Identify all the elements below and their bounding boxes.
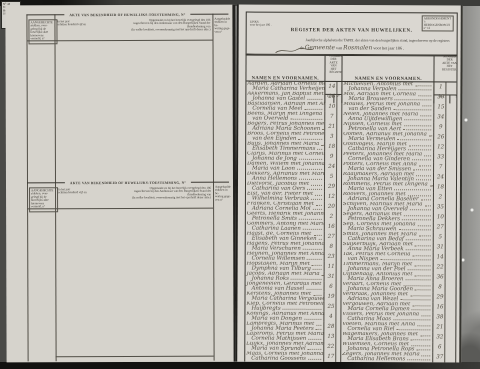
entry-name-cell: Konings, Adrianus met AnnaMaria van Dong…	[245, 312, 324, 322]
entry-line2: Catharina van Bedaf	[343, 237, 432, 242]
micro-line: ven n°	[215, 199, 231, 202]
entry-line2: Antonia van Hassel	[247, 286, 323, 291]
act-number: 15	[435, 104, 446, 110]
handwritten-place: Rosmalen	[343, 45, 372, 52]
entry-number-cell: 28	[324, 322, 341, 332]
act-number: 37	[434, 354, 445, 360]
entry-number-cell: 2	[325, 212, 342, 222]
section1-margin-note: Aangehaaldestukken in be-waring gege-ven…	[214, 18, 230, 50]
entry-line2: Johanna van Gastel	[247, 96, 323, 101]
entry-name-cell: Lambregts, Marinus metJohanna Maria Peet…	[245, 322, 324, 332]
entry-number-cell: 6	[433, 342, 455, 352]
entry-line2: van Overveld	[247, 116, 323, 121]
act-number: 26	[326, 94, 337, 100]
entry-name-cell: Schijven, Marinus met MariaJohanna van O…	[342, 202, 434, 212]
entry-line2: van der Sanden	[343, 107, 432, 112]
entry-name-cell: Geerts, Hendrik met JohannaPetronella Sm…	[246, 212, 325, 222]
entry-name-cell: Verbraak, Johannes metAdriana van Wezel	[341, 292, 433, 302]
entry-line2: Maria Anna Broeren	[343, 277, 432, 282]
scanned-register-spread: { "scan": { "background": "#8e8e8b", "pa…	[0, 0, 480, 369]
entry-number-cell: 21	[433, 322, 455, 332]
entry-number-cell: 2	[434, 192, 456, 202]
entry-line2: Johanna Maria Valentijn	[343, 177, 432, 182]
entry-number-cell: 3	[325, 132, 342, 142]
act-number: 16	[326, 224, 337, 230]
entry-number-cell: 14	[434, 252, 456, 262]
right-field-text: Opgemaakt en bij het huwelijk overgelegd…	[101, 187, 211, 200]
entry-name-cell: Willemsen, Cornelis metJohanna Petronell…	[341, 342, 433, 352]
entry-line2: Cornelia Mathijssen	[246, 336, 322, 341]
act-number: 18	[326, 144, 337, 150]
left-field-text: In het jaarachttien honderd vijf en	[58, 188, 98, 195]
act-number: 18	[435, 184, 446, 190]
entry-number-cell: 17	[324, 352, 341, 362]
section2-title-text: AKTE VAN BEKENDHEID OF HUWELIJKS-TOESTEM…	[65, 180, 191, 184]
act-number: 28	[325, 324, 336, 330]
act-number: 8	[326, 244, 337, 250]
entry-number-cell: 16	[325, 222, 342, 232]
entry-name-cell: Lazeroms, Petrus met MariaCornelia Mathi…	[245, 332, 324, 342]
entry-number-cell: 24	[434, 172, 456, 182]
act-number: 13	[325, 334, 336, 340]
act-number: 8	[435, 284, 446, 290]
entry-number-cell: 31	[325, 272, 342, 282]
act-number: 17	[325, 354, 336, 360]
entry-name-cell: Gommers, Antonij met MariaCatharina Laan…	[246, 222, 325, 232]
entry-number-cell: 12	[434, 142, 456, 152]
entry-line2: Petronella Dekkers	[343, 217, 432, 222]
act-number: 5	[435, 234, 446, 240]
entry-name-cell: Rommens, Petrus met DingenaMaria van Ett…	[342, 182, 434, 192]
entry-name-cell: Beens, Marijn met Dingenavan Overveld	[246, 112, 325, 122]
micro-line: (In welke kwaliteit, overeenkomstig met …	[101, 196, 211, 200]
entry-number-cell: 26	[434, 132, 456, 142]
micro-line: AKTE VAN HET	[329, 61, 337, 71]
act-number: 7	[326, 114, 337, 120]
entry-number-cell: 14	[325, 82, 342, 92]
act-number: 24	[326, 164, 337, 170]
act-number: 27	[435, 224, 446, 230]
entry-number-cell: 23	[325, 252, 342, 262]
act-number: 35	[435, 204, 446, 210]
entry-name-cell: Sep, Cornelis met JohannaMaria Schrauwen	[342, 222, 434, 232]
entry-line2: Maria van Loon	[247, 166, 323, 171]
margin-note-text: Aangehaaldestukken in be-waring gege-ven…	[215, 186, 231, 202]
entry-line2: Adriana van Wezel	[342, 297, 431, 302]
entry-name-cell: Dekkers, Adrianus met MariaAnna Hellemon…	[246, 172, 325, 182]
act-number: 12	[435, 144, 446, 150]
entry-line2: Maria van Etten	[343, 187, 432, 192]
micro-line: (In welke kwaliteit, overeenkomstig met …	[100, 28, 210, 32]
act-number: 10	[326, 104, 337, 110]
entry-line2: Maria Catharina Vergouwen	[246, 296, 322, 301]
entry-name-cell: Dietvorst, Jacobus metCatharina van Oers	[246, 182, 325, 192]
entry-line2: van den Eijnden	[247, 136, 323, 141]
entry-line2: Elisabeth Timmermans	[247, 146, 323, 151]
section2-title: AKTE VAN BEKENDHEID OF HUWELIJKS-TOESTEM…	[27, 180, 229, 186]
micro-line: REGISTER.	[442, 68, 457, 71]
entry-name-cell: Elst, van der, Pieter metWilhelmina Verb…	[246, 192, 325, 202]
margin-note-text: Aangehaaldestukken in be-waring gege-ven…	[214, 18, 230, 34]
act-number: 38	[434, 314, 445, 320]
entry-name-cell: Veraart, Cornelis metJohanna Maria Goord…	[342, 282, 434, 292]
entry-name-cell: Jongeneelen, Gerardus metAntonia van Has…	[246, 282, 325, 292]
micro-line: achttien honderd vijf en	[58, 191, 98, 194]
act-number: 24	[435, 174, 446, 180]
section2-margin-note: Aangehaaldestukken in be-waring gege-ven…	[215, 186, 231, 218]
entry-number-cell: 29	[325, 182, 342, 192]
entry-line2: Cornelia van Meel	[247, 106, 323, 111]
register-table-body: Aarden, Adriaan Cornelis metMaria Cathar…	[245, 82, 456, 363]
act-number: 22	[325, 344, 336, 350]
entry-number-cell: 4	[324, 312, 341, 322]
act-number: 29	[326, 184, 337, 190]
entry-number-cell: 18	[434, 182, 456, 192]
entry-number-cell: 36	[434, 272, 456, 282]
entry-name-cell: Broos, Cornelis met Petronellavan den Ei…	[246, 132, 325, 142]
entry-number-cell: 15	[434, 102, 456, 112]
entry-line2: Maria van Dongen	[246, 316, 322, 321]
micro-line: achttien honderd vijf en	[57, 23, 97, 26]
act-number: 16	[434, 304, 445, 310]
entry-name-cell: Oomen, Adrianus met JohannaMaria Vermeul…	[342, 132, 434, 142]
act-number: 36	[435, 274, 446, 280]
entry-number-cell: 27	[325, 232, 342, 242]
entry-number-cell: 34	[434, 112, 456, 122]
act-number: 1	[435, 84, 446, 90]
right-register-page: LINKS.voor het jaar 186 . ARRONDISSEMENT…	[235, 5, 463, 363]
section1-left-fields: In het jaarachttien honderd vijf en	[57, 20, 97, 33]
entry-number-cell: 13	[324, 332, 341, 342]
entry-name-cell: Suijkerbuijk, Adriaan metAnna Maria Verb…	[342, 242, 434, 252]
entry-line2: Wilhelmina Verbraak	[247, 196, 323, 201]
entry-name-cell: Michielsen, Antonius metJohanna Verpalen	[342, 82, 434, 92]
entry-number-cell: 19	[324, 292, 341, 302]
entry-name-cell: Vergouwen, Adriaan metMaria Cornelia Dam…	[341, 302, 433, 312]
entry-number-cell: 33	[434, 152, 456, 162]
act-number: 27	[326, 234, 337, 240]
entry-line2: Maria van der Smissen	[343, 167, 432, 172]
entry-name-cell: Hopstaken, Marijn metDymphna van Tilburg	[246, 262, 325, 272]
entry-line2: Anna Uijtdewilligen	[343, 117, 432, 122]
act-number: 10	[435, 214, 446, 220]
entry-name-cell: Wagemakers, Johannes metMaria Elisabeth …	[341, 332, 433, 342]
entry-number-cell: 5	[434, 232, 456, 242]
entry-name-cell: Oostvogels, Marijn metCatharina Hereijge…	[342, 142, 434, 152]
entry-name-cell: Bogers, Petrus Johannes metAdriana Maria…	[246, 122, 325, 132]
act-number: 21	[434, 324, 445, 330]
act-number: 9	[326, 154, 337, 160]
register-table-header: NAMEN EN VOORNAMEN. NOMMER DERAKTE VAN H…	[246, 54, 456, 83]
entry-name-cell: Roovers, Johannes metAdriana Cornelia Ba…	[342, 192, 434, 202]
entry-name-cell: Raaijmakers, Adriaan metJohanna Maria Va…	[342, 172, 434, 182]
act-number: 26	[435, 134, 446, 140]
entry-line2: Maria van Sprundel	[246, 346, 322, 351]
entry-number-cell: 9	[434, 122, 456, 132]
entry-line2: Cornelia van Riel	[342, 327, 431, 332]
entry-line2: van Nispen	[343, 257, 432, 262]
entry-name-cell: Peeters, Johannes met MariaCornelia van …	[342, 152, 434, 162]
entry-name-cell: Mouws, Petrus met Johannavan der Sanden	[342, 102, 434, 112]
entry-line2: Johanna Roks	[247, 276, 323, 281]
entry-name-cell: Nijssen, Cornelis metPetronella van Aert	[342, 122, 434, 132]
right-field-text: Opgemaakt en bij het huwelijk overgelegd…	[100, 19, 210, 32]
entry-name-cell: Haast, de, Cornelis metElisabeth van Gin…	[246, 232, 325, 242]
scan-edge-bottom	[0, 362, 480, 369]
entry-line2: Johanna de Jong	[247, 156, 323, 161]
entry-line2: Maria Verschuren	[247, 246, 323, 251]
act-number: 12	[326, 194, 337, 200]
entry-line2: Catharina Maas	[342, 317, 431, 322]
act-number: 5	[326, 174, 337, 180]
entry-name-cell: Nelen, Johannes met MariaAnna Uijtdewill…	[342, 112, 434, 122]
act-number: 25	[325, 304, 336, 310]
entry-number-cell: 35	[434, 202, 456, 212]
entry-number-cell: 24	[325, 162, 342, 172]
entry-line2: Cornelia Willemsen	[247, 256, 323, 261]
entry-number-cell: 32	[433, 332, 455, 342]
entry-number-cell: 29	[433, 292, 455, 302]
entry-line2: Maria Schrauwen	[343, 227, 432, 232]
act-number: 30	[435, 94, 446, 100]
entry-number-cell: 37	[433, 352, 455, 362]
entry-name-cell: Damen, Willem met JohannaMaria van Loon	[246, 162, 325, 172]
entry-number-cell: 31	[434, 242, 456, 252]
entry-line2: Johanna Verpalen	[343, 87, 432, 92]
entry-line2: Huijbregts	[246, 306, 322, 311]
left-field-text: In het jaarachttien honderd vijf en	[57, 20, 97, 27]
micro-line: ven n°	[214, 31, 230, 34]
entry-line2: Maria Elisabeth Brans	[342, 337, 431, 342]
entry-number-cell: 20	[325, 202, 342, 212]
act-number: 6	[434, 344, 445, 350]
act-number: 29	[434, 294, 445, 300]
entry-name-cell: Heijnen, Johannes met AnnaCornelia Wille…	[246, 252, 325, 262]
entry-name-cell: Jacobs, Adriaan met MariaJohanna Roks	[246, 272, 325, 282]
margin-box-text: AANGEHECHTEstukken, over-gelegd bij dehu…	[31, 189, 56, 208]
act-number: 9	[435, 124, 446, 130]
entry-name-cell: Hagens, Petrus met JohannaMaria Verschur…	[246, 242, 325, 252]
entry-name-cell: Tak, Petrus met Corneliavan Nispen	[342, 252, 434, 262]
entry-name-cell: Potters, Cornelis met AnnaMaria van der …	[342, 162, 434, 172]
entry-name-cell: Timmermans, Marijn metJohanna van der Po…	[342, 262, 434, 272]
scan-blotch	[52, 1, 62, 4]
entry-name-cell: Buijs, Johannes met MariaElisabeth Timme…	[246, 142, 325, 152]
entry-name-cell: Akkermans, Jan Baptist metJohanna van Ga…	[246, 92, 325, 102]
entry-line2: Johanna van der Poel	[343, 267, 432, 272]
entry-name-cell: Smits, Johannes met MariaCatharina van B…	[342, 232, 434, 242]
entry-number-cell: 22	[434, 262, 456, 272]
act-number: 11	[326, 264, 337, 270]
fillin-line-inner: de Gemeente van Rosmalen voor het jaar 1…	[299, 45, 403, 52]
section1-title: AKTE VAN BEKENDHEID OF HUWELIJKS-TOESTEM…	[26, 12, 228, 18]
entry-line2: Elisabeth van Ginneken	[247, 236, 323, 241]
entry-line2: Catharina Laanen	[247, 226, 323, 231]
act-number: 32	[434, 334, 445, 340]
act-number: 34	[435, 114, 446, 120]
entry-line2: Adriana Cornelia Baselier	[343, 197, 432, 202]
entry-line2: Adriana Maria Schoonen	[247, 126, 323, 131]
act-number: 20	[326, 204, 337, 210]
entry-name-cell: Franken, Christiaan metAdriana Cornelia …	[246, 202, 325, 212]
entry-number-cell: 8	[434, 282, 456, 292]
act-number: 2	[326, 214, 337, 220]
act-number: 2	[435, 194, 446, 200]
entry-line2: Johanna Petronella Rops	[342, 347, 431, 352]
entry-name-cell: Uijtdehaag, Antonius metMaria Anna Broer…	[342, 272, 434, 282]
act-number: 14	[326, 84, 337, 90]
act-number: 21	[326, 124, 337, 130]
entry-line2: Dymphna van Tilburg	[247, 266, 323, 271]
entry-line2: Johanna Maria Goorden	[343, 287, 432, 292]
entry-line2: Petronella Smits	[247, 216, 323, 221]
entry-name-cell: Aarden, Adriaan Cornelis metMaria Cathar…	[246, 82, 325, 92]
act-number: 22	[435, 264, 446, 270]
entry-line2: Catharina Hereijgers	[343, 147, 432, 152]
entry-name-cell: Maas, Cornelis met JohannaCatharina Goos…	[245, 352, 324, 362]
entry-line2: Petronella van Aert	[343, 127, 432, 132]
entry-number-cell: 27	[434, 222, 456, 232]
entry-number-cell: 16	[433, 302, 455, 312]
act-number: 3	[326, 134, 337, 140]
entry-line2: Maria Brouwers	[343, 97, 432, 102]
entry-number-cell: 5	[325, 172, 342, 182]
act-number: 33	[435, 154, 446, 160]
act-number: 19	[325, 294, 336, 300]
entry-line2: Maria Cornelia Damen	[342, 307, 431, 312]
number-header-text: NOMMER DERAKTE VAN HETREGISTER.	[442, 55, 457, 71]
entry-number-cell: 25	[324, 302, 341, 312]
entry-name-cell: Vissers, Petrus met JohannaCatharina Maa…	[341, 312, 433, 322]
entry-number-cell: 38	[433, 312, 455, 322]
entry-name-cell: Segers, Adrianus metPetronella Dekkers	[342, 212, 434, 222]
section1-title-text: AKTE VAN BEKENDHEID OF HUWELIJKS-TOESTEM…	[64, 12, 190, 16]
entry-line2: Anna Hellemons	[247, 176, 323, 181]
entry-line2: Maria Vermeulen	[343, 137, 432, 142]
entry-number-cell: 10	[434, 212, 456, 222]
entry-line2: Maria Catharina Verheijen	[247, 86, 323, 91]
entry-number-cell: 26	[325, 92, 342, 102]
entry-number-cell: 10	[325, 102, 342, 112]
entry-number-cell: 11	[325, 262, 342, 272]
entry-number-cell: 8	[325, 242, 342, 252]
fillin-mid: van	[336, 46, 342, 51]
entry-line2: Cornelia van Ginderen	[343, 157, 432, 162]
entry-line2: Johanna Maria Peeters	[246, 326, 322, 331]
fillin-suffix: voor het jaar 186 .	[373, 46, 404, 51]
act-number: 23	[326, 254, 337, 260]
entry-number-cell: 30	[434, 92, 456, 102]
entry-line2: Catharina Hellemons	[342, 357, 431, 362]
entry-name-cell: Mol, Adriaan met CorneliaMaria Brouwers	[342, 92, 434, 102]
micro-line: REGISTER.	[329, 71, 337, 74]
act-number: 14	[435, 254, 446, 260]
names-header-text: NAMEN EN VOORNAMEN.	[354, 76, 421, 81]
act-number: 4	[325, 314, 336, 320]
entry-name-cell: Zegers, Johannes met MariaCatharina Hell…	[341, 352, 433, 362]
entry-line2: Catharina van Oers	[247, 186, 323, 191]
entry-number-cell: 7	[434, 162, 456, 172]
entry-line2: Johanna van Overveld	[343, 207, 432, 212]
entry-name-cell: Bastiaansen, Adriaan met AnnaCornelia va…	[246, 102, 325, 112]
form-rule	[56, 356, 214, 358]
section2-left-fields: In het jaarachttien honderd vijf en	[58, 188, 98, 201]
entry-name-cell: Voeten, Marinus met AnnaCornelia van Rie…	[341, 322, 433, 332]
entry-name-cell: Luijkx, Johannes met AdrianaMaria van Sp…	[245, 342, 324, 352]
entry-number-cell: 1	[434, 82, 456, 92]
entry-name-cell: Klep, Cornelis met PetronellaHuijbregts	[245, 302, 324, 312]
names-header-text: NAMEN EN VOORNAMEN.	[252, 76, 319, 81]
margin-box-text: AANGEHECHTEstukken, over-gelegd bij dehu…	[30, 21, 55, 40]
entry-name-cell: Kerstens, Johannes metMaria Catharina Ve…	[245, 292, 324, 302]
entry-number-cell: 18	[325, 142, 342, 152]
entry-number-cell: 7	[325, 112, 342, 122]
entry-number-cell: 6	[325, 282, 342, 292]
number-header-text: NOMMER DERAKTE VAN HETREGISTER.	[329, 55, 337, 74]
register-table: NAMEN EN VOORNAMEN. NOMMER DERAKTE VAN H…	[244, 54, 457, 363]
entry-name-cell: Clarijs, Marinus met CorneliaJohanna de …	[246, 152, 325, 162]
entry-line2: Adriana Cornelia Mol	[247, 206, 323, 211]
entry-line2: Catharina Goossens	[246, 356, 322, 361]
act-number: 6	[326, 284, 337, 290]
act-number: 7	[435, 164, 446, 170]
left-form-page: AKTE VAN BEKENDHEID OF HUWELIJKS-TOESTEM…	[5, 5, 236, 363]
register-header-box: LINKS.voor het jaar 186 . ARRONDISSEMENT…	[246, 12, 458, 57]
entry-number-cell: 21	[325, 122, 342, 132]
act-number: 31	[326, 274, 337, 280]
entry-line2: Anna Maria Verbeek	[343, 247, 432, 252]
entry-number-cell: 9	[325, 152, 342, 162]
entry-number-cell: 22	[324, 342, 341, 352]
entry-number-cell: 12	[325, 192, 342, 202]
act-number: 31	[435, 244, 446, 250]
